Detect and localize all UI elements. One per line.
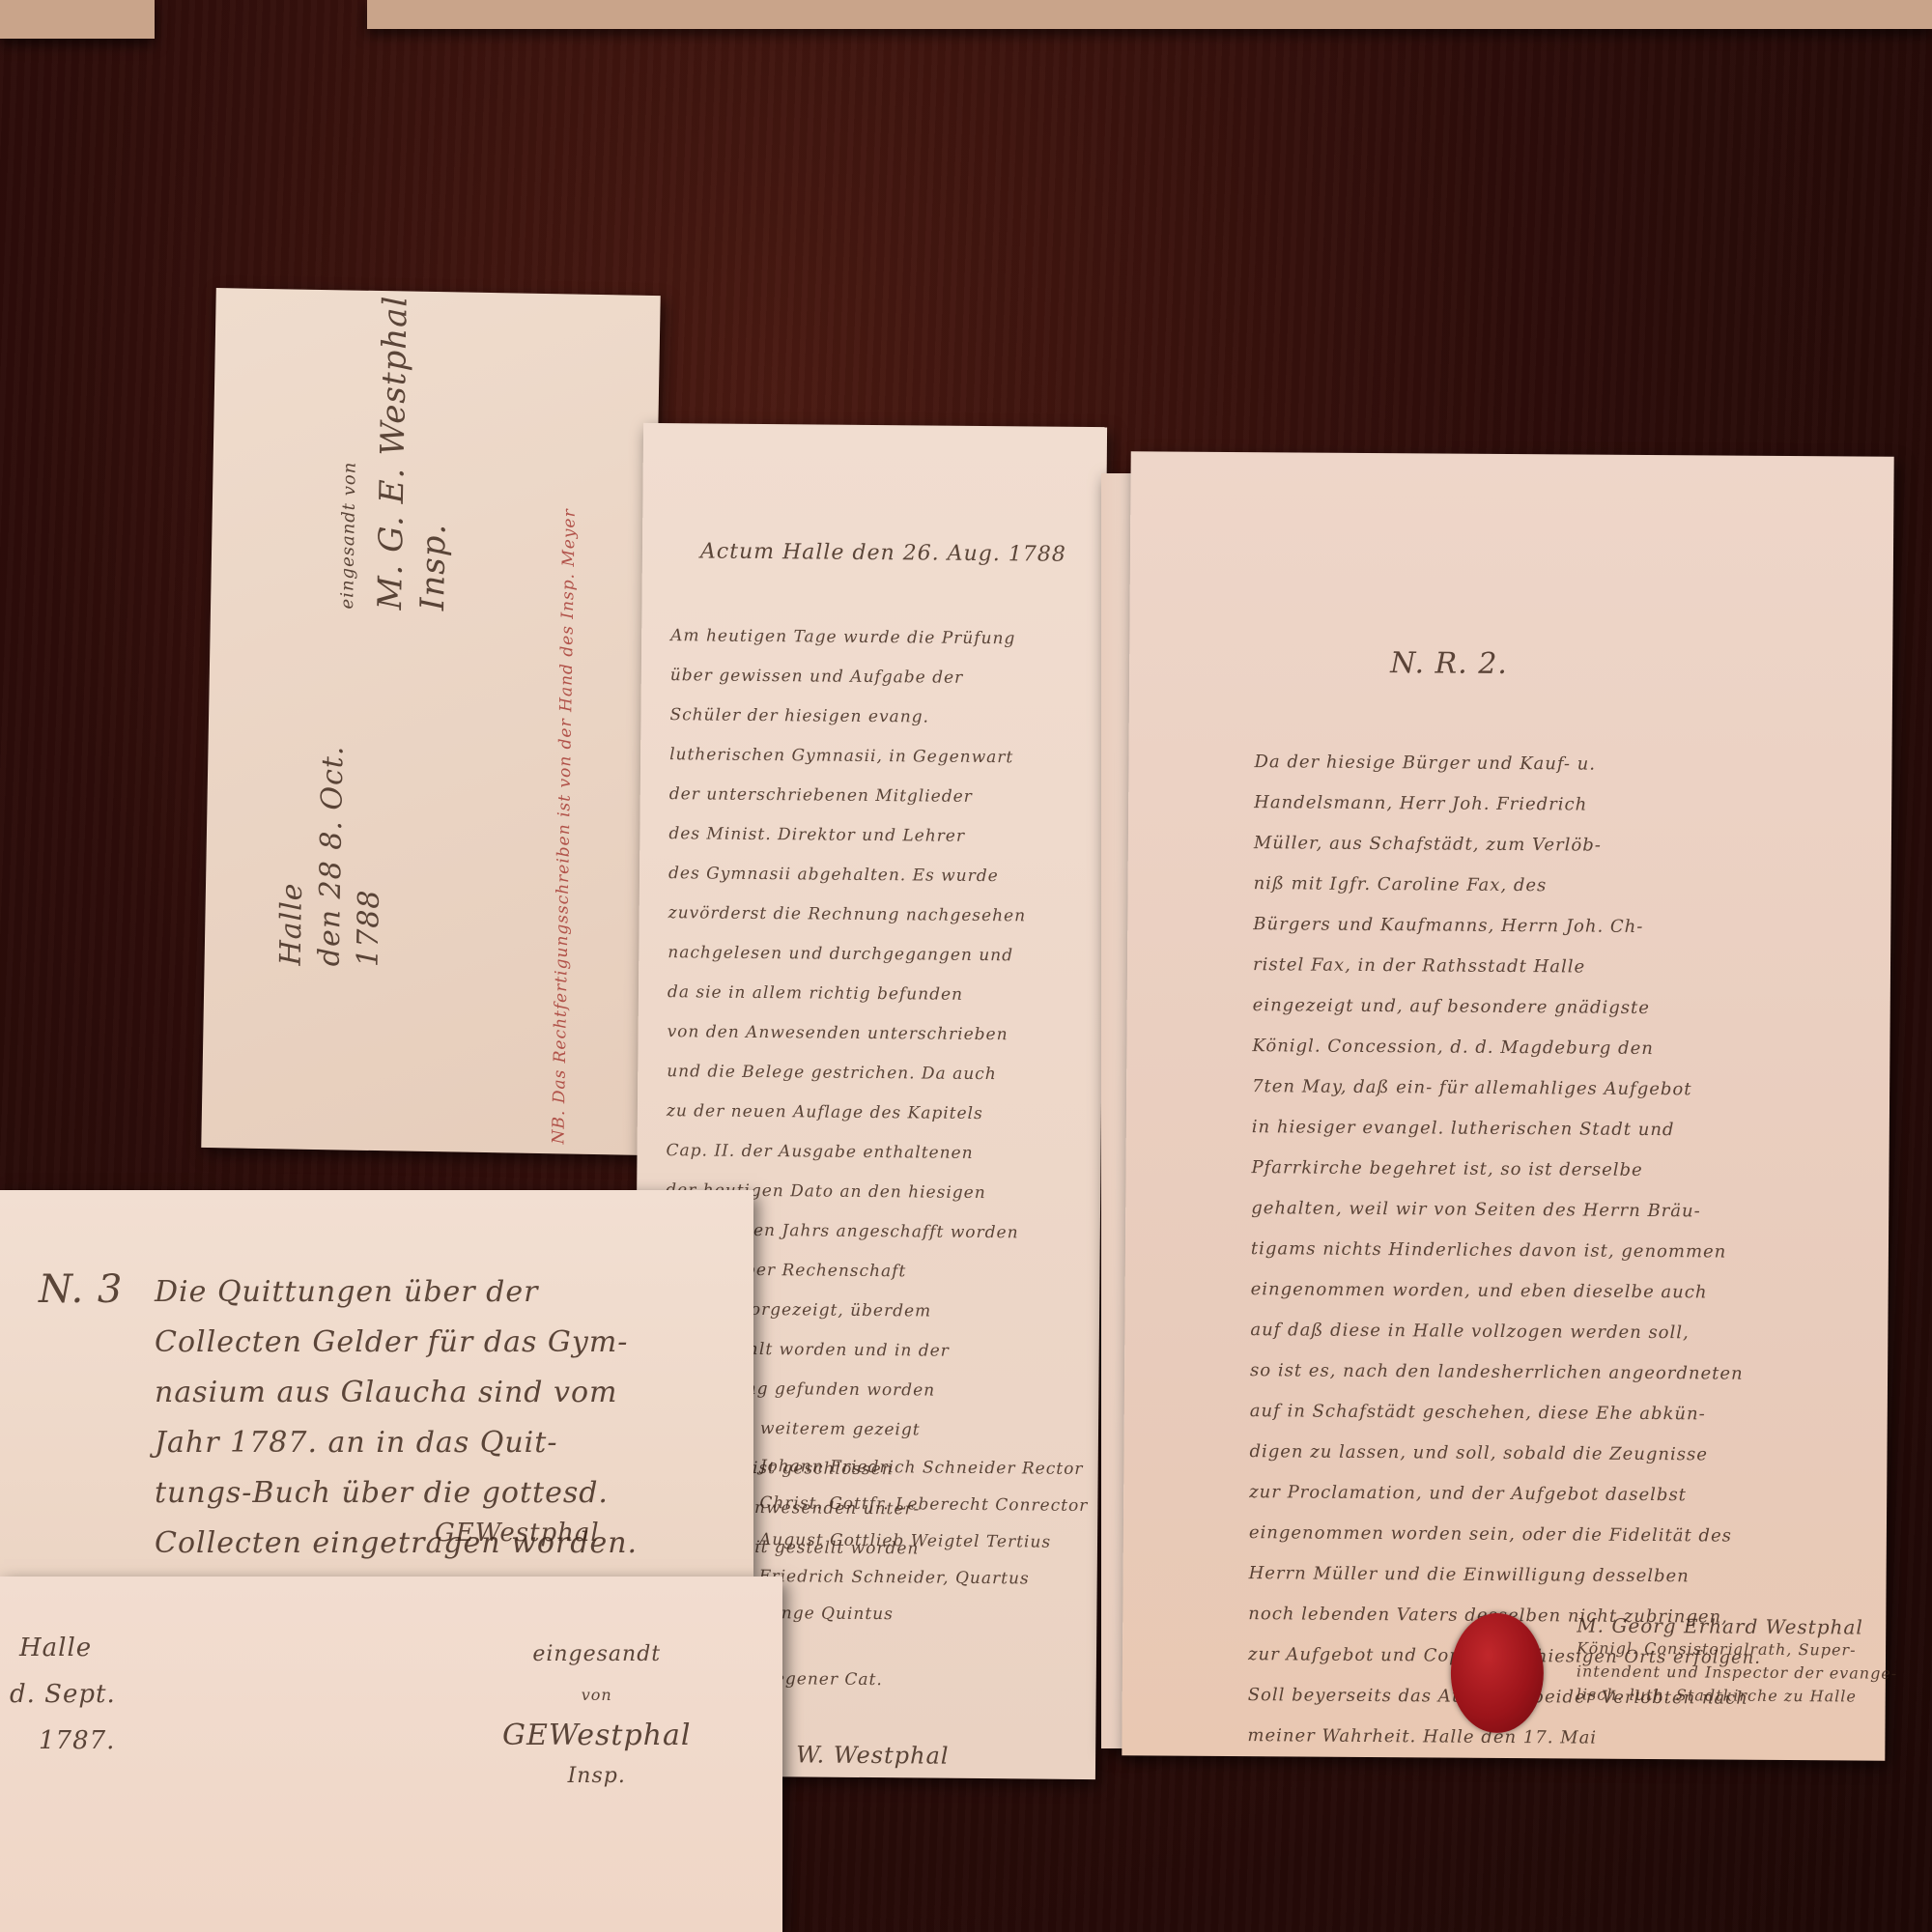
box-edge-right: [367, 0, 1932, 29]
box-edge-left: [0, 0, 155, 39]
lower-envelope-date: Halle d. Sept. 1787.: [10, 1625, 116, 1764]
envelope-addressee: eingesandt von M. G. E. Westphal Insp.: [327, 295, 460, 611]
document-signature: M. Georg Erhard Westphal Königl. Consist…: [1577, 1614, 1898, 1709]
lower-envelope-sender: eingesandt von GEWestphal Insp.: [502, 1634, 691, 1797]
lower-envelope: Halle d. Sept. 1787. eingesandt von GEWe…: [0, 1577, 782, 1932]
document-heading: N. R. 2.: [1390, 646, 1508, 681]
receipt-number: N. 3: [39, 1267, 123, 1312]
protocol-signatures: Johann Friedrich Schneider Rector Christ…: [757, 1448, 1089, 1776]
wax-seal: [1450, 1613, 1544, 1734]
document-body: Da der hiesige Bürger und Kauf- u. Hande…: [1247, 742, 1767, 1760]
envelope-red-note: NB. Das Rechtfertigungsschreiben ist von…: [549, 508, 579, 1144]
envelope: Halle den 28 8. Oct. 1788 eingesandt von…: [201, 288, 660, 1155]
envelope-date: Halle den 28 8. Oct. 1788: [272, 745, 392, 968]
receipt-note: N. 3 Die Quittungen über der Collecten G…: [0, 1190, 753, 1577]
marriage-document: N. R. 2. Da der hiesige Bürger und Kauf-…: [1122, 451, 1893, 1760]
protocol-heading: Actum Halle den 26. Aug. 1788: [700, 539, 1066, 566]
receipt-signature: GEWestphal: [435, 1519, 600, 1548]
